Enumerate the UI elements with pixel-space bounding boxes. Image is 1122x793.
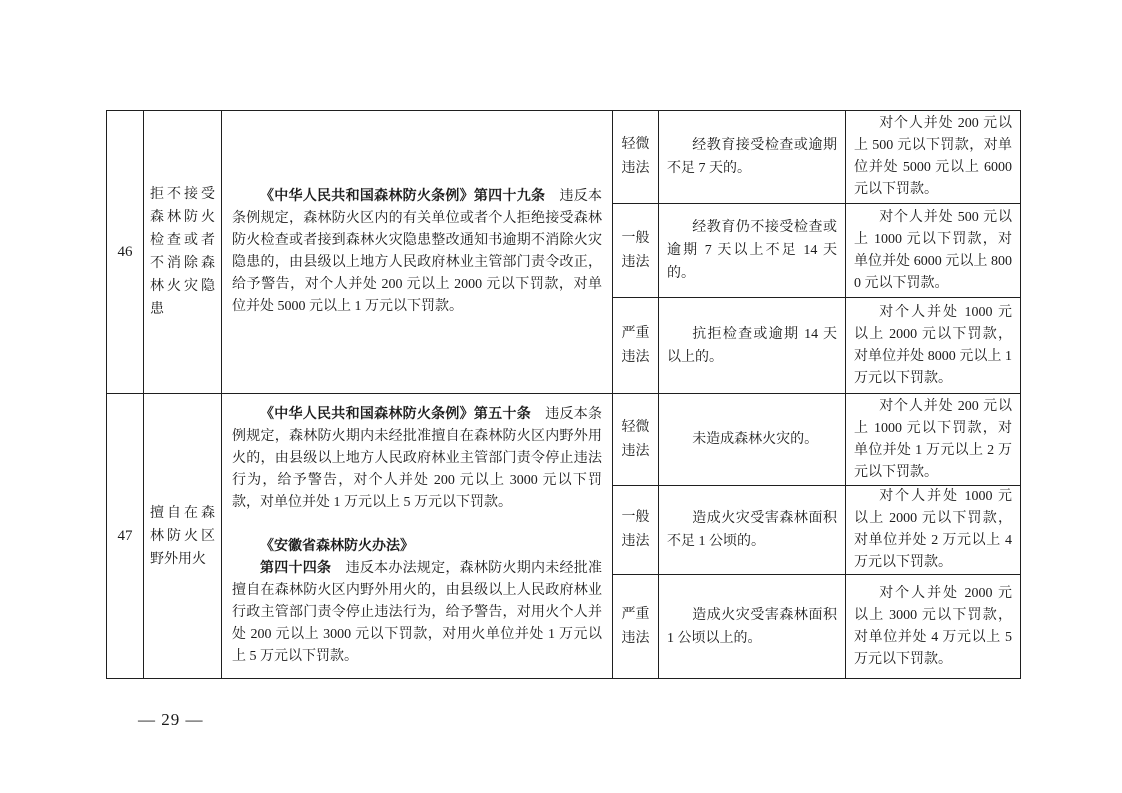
legal-basis-paragraph: 《中华人民共和国森林防火条例》第四十九条 违反本条例规定，森林防火区内的有关单位… xyxy=(232,186,602,318)
legal-basis-paragraph: 第四十四条 违反本办法规定，森林防火期内未经批准擅自在森林防火区内野外用火的，由… xyxy=(232,558,602,668)
violation-text: 拒不接受森林防火检查或者不消除森林火灾隐患 xyxy=(150,187,215,317)
legal-basis-cell: 《中华人民共和国森林防火条例》第五十条 违反本条例规定，森林防火期内未经批准擅自… xyxy=(222,394,613,679)
circumstance-text: 抗拒检查或逾期 14 天以上的。 xyxy=(667,323,837,369)
row-number-cell: 47 xyxy=(107,394,144,679)
circumstance-text: 造成火灾受害森林面积 1 公顷以上的。 xyxy=(667,604,837,650)
penalty-text: 对个人并处 1000 元以上 2000 元以下罚款，对单位并处 8000 元以上… xyxy=(854,302,1012,390)
law-title: 《安徽省森林防火办法》 xyxy=(260,539,414,554)
circumstance-text: 经教育接受检查或逾期不足 7 天的。 xyxy=(667,134,837,180)
law-title: 《中华人民共和国森林防火条例》第四十九条 xyxy=(260,189,545,204)
circumstance-cell: 抗拒检查或逾期 14 天以上的。 xyxy=(659,298,846,394)
severity-label: 严重违法 xyxy=(622,607,650,646)
penalty-text: 对个人并处 2000 元以上 3000 元以下罚款，对单位并处 4 万元以上 5… xyxy=(854,583,1012,671)
severity-cell: 轻微违法 xyxy=(613,394,659,486)
severity-label: 一般违法 xyxy=(622,231,650,270)
severity-cell: 轻微违法 xyxy=(613,111,659,204)
violation-cell: 擅自在森林防火区野外用火 xyxy=(144,394,222,679)
law-text: 违反本条例规定，森林防火期内未经批准擅自在森林防火区内野外用火的，由县级以上地方… xyxy=(232,407,602,510)
row-number: 46 xyxy=(118,244,133,260)
penalty-text: 对个人并处 200 元以上 500 元以下罚款，对单位并处 5000 元以上 6… xyxy=(854,113,1012,201)
violation-cell: 拒不接受森林防火检查或者不消除森林火灾隐患 xyxy=(144,111,222,394)
row-number-cell: 46 xyxy=(107,111,144,394)
legal-basis-cell: 《中华人民共和国森林防火条例》第四十九条 违反本条例规定，森林防火区内的有关单位… xyxy=(222,111,613,394)
penalty-cell: 对个人并处 1000 元以上 2000 元以下罚款，对单位并处 8000 元以上… xyxy=(846,298,1021,394)
penalty-cell: 对个人并处 2000 元以上 3000 元以下罚款，对单位并处 4 万元以上 5… xyxy=(846,575,1021,679)
law-text: 违反本办法规定，森林防火期内未经批准擅自在森林防火区内野外用火的，由县级以上人民… xyxy=(232,561,602,664)
table-row-47: 47 擅自在森林防火区野外用火 《中华人民共和国森林防火条例》第五十条 违反本条… xyxy=(107,394,1021,486)
penalty-table: 46 拒不接受森林防火检查或者不消除森林火灾隐患 《中华人民共和国森林防火条例》… xyxy=(106,110,1021,679)
circumstance-cell: 造成火灾受害森林面积 1 公顷以上的。 xyxy=(659,575,846,679)
penalty-text: 对个人并处 200 元以上 1000 元以下罚款，对单位并处 1 万元以上 2 … xyxy=(854,396,1012,484)
violation-text: 擅自在森林防火区野外用火 xyxy=(150,506,215,567)
legal-basis-paragraph: 《中华人民共和国森林防火条例》第五十条 违反本条例规定，森林防火期内未经批准擅自… xyxy=(232,404,602,514)
law-article: 第四十四条 xyxy=(260,561,331,576)
penalty-cell: 对个人并处 500 元以上 1000 元以下罚款，对单位并处 6000 元以上 … xyxy=(846,204,1021,298)
table-row-46: 46 拒不接受森林防火检查或者不消除森林火灾隐患 《中华人民共和国森林防火条例》… xyxy=(107,111,1021,204)
penalty-text: 对个人并处 1000 元以上 2000 元以下罚款，对单位并处 2 万元以上 4… xyxy=(854,486,1012,574)
legal-basis-paragraph: 《安徽省森林防火办法》 xyxy=(232,536,602,558)
document-page: 46 拒不接受森林防火检查或者不消除森林火灾隐患 《中华人民共和国森林防火条例》… xyxy=(0,0,1122,793)
page-number: — 29 — xyxy=(138,710,204,730)
circumstance-text: 未造成森林火灾的。 xyxy=(667,428,837,451)
circumstance-text: 经教育仍不接受检查或逾期 7 天以上不足 14 天的。 xyxy=(667,216,837,285)
severity-cell: 一般违法 xyxy=(613,204,659,298)
severity-cell: 一般违法 xyxy=(613,486,659,575)
severity-label: 一般违法 xyxy=(622,510,650,549)
row-number: 47 xyxy=(118,528,133,544)
circumstance-cell: 造成火灾受害森林面积不足 1 公顷的。 xyxy=(659,486,846,575)
circumstance-cell: 未造成森林火灾的。 xyxy=(659,394,846,486)
circumstance-text: 造成火灾受害森林面积不足 1 公顷的。 xyxy=(667,507,837,553)
penalty-cell: 对个人并处 200 元以上 500 元以下罚款，对单位并处 5000 元以上 6… xyxy=(846,111,1021,204)
law-text: 违反本条例规定，森林防火区内的有关单位或者个人拒绝接受森林防火检查或者接到森林火… xyxy=(232,189,602,314)
severity-cell: 严重违法 xyxy=(613,575,659,679)
severity-cell: 严重违法 xyxy=(613,298,659,394)
penalty-cell: 对个人并处 1000 元以上 2000 元以下罚款，对单位并处 2 万元以上 4… xyxy=(846,486,1021,575)
law-title: 《中华人民共和国森林防火条例》第五十条 xyxy=(260,407,531,422)
severity-label: 轻微违法 xyxy=(622,137,650,176)
penalty-cell: 对个人并处 200 元以上 1000 元以下罚款，对单位并处 1 万元以上 2 … xyxy=(846,394,1021,486)
circumstance-cell: 经教育接受检查或逾期不足 7 天的。 xyxy=(659,111,846,204)
penalty-text: 对个人并处 500 元以上 1000 元以下罚款，对单位并处 6000 元以上 … xyxy=(854,207,1012,295)
severity-label: 严重违法 xyxy=(622,326,650,365)
circumstance-cell: 经教育仍不接受检查或逾期 7 天以上不足 14 天的。 xyxy=(659,204,846,298)
severity-label: 轻微违法 xyxy=(622,420,650,459)
